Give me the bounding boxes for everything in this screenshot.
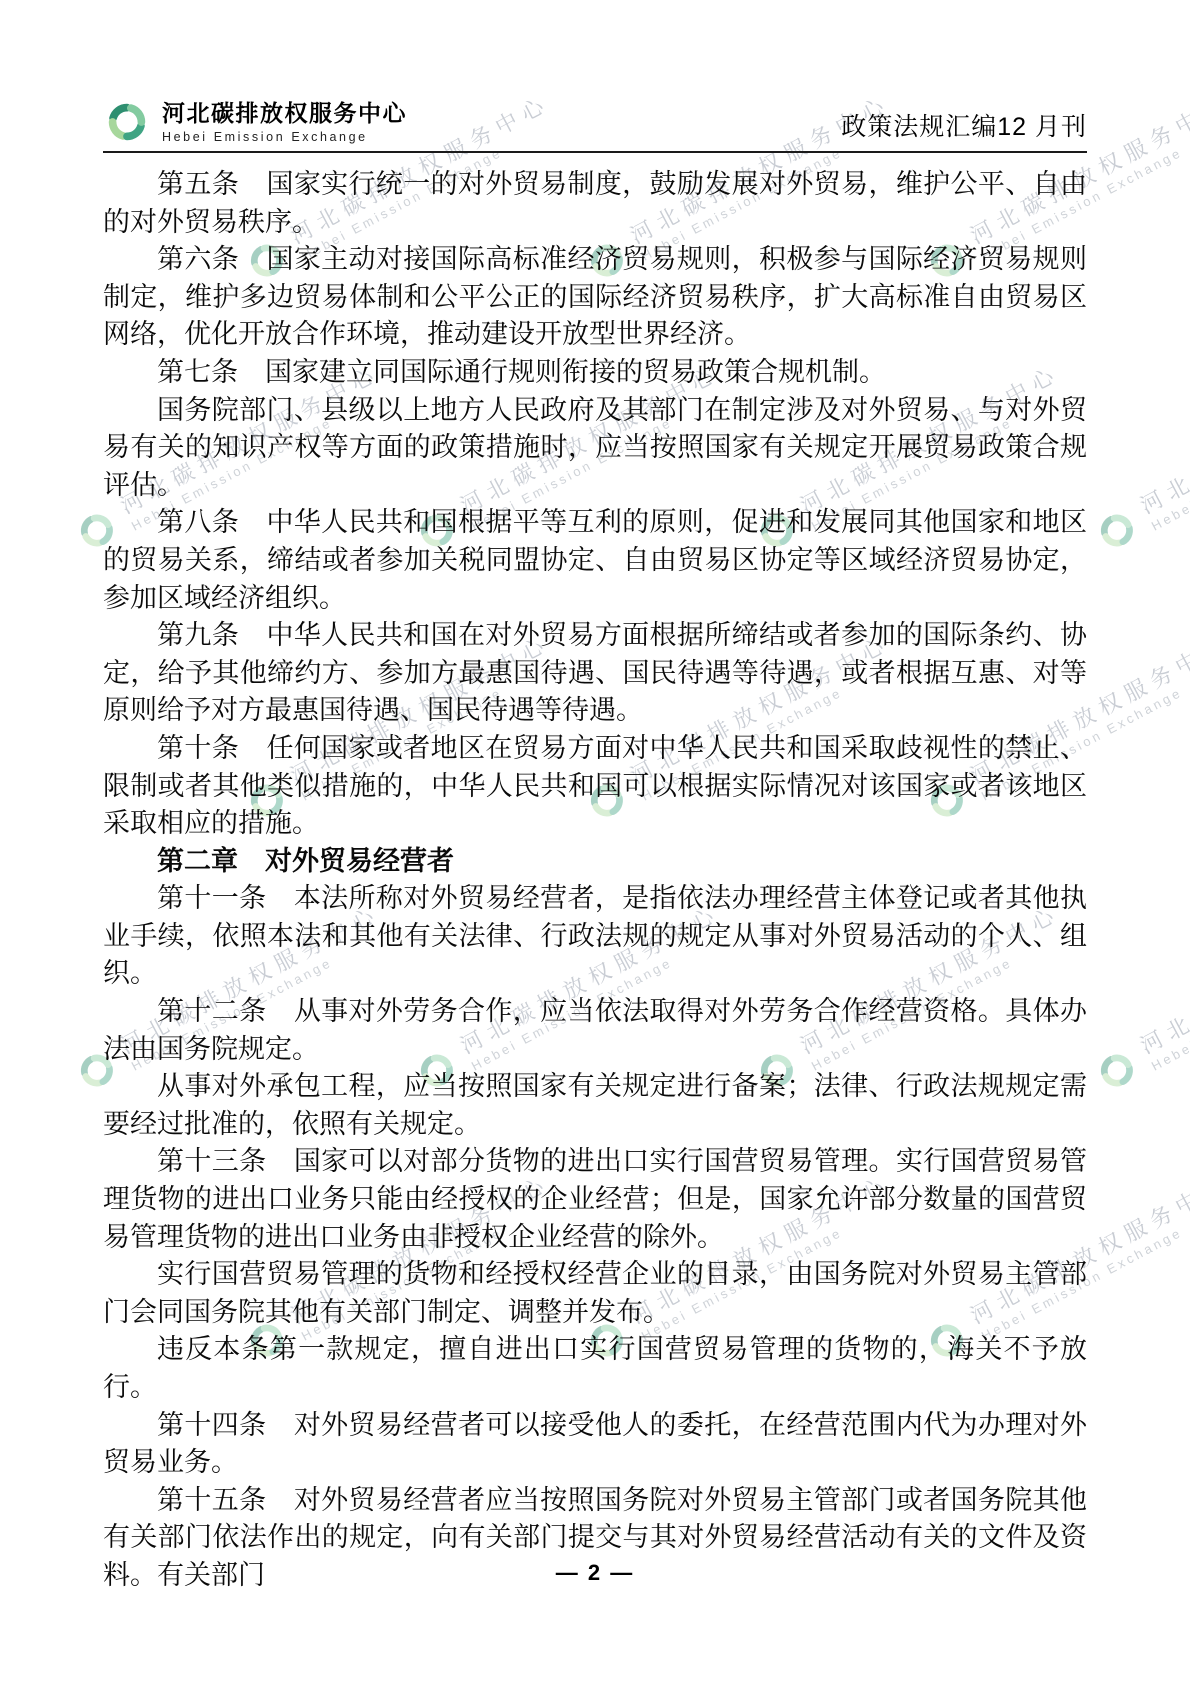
paragraph: 第六条 国家主动对接国际高标准经济贸易规则，积极参与国际经济贸易规则制定，维护多…	[103, 241, 1087, 354]
watermark-text-en: Hebei Emission Exchange	[1149, 924, 1190, 1073]
page-header: 河北碳排放权服务中心 Hebei Emission Exchange 政策法规汇…	[103, 84, 1087, 153]
watermark-logo-icon	[1088, 1042, 1145, 1099]
paragraph: 第五条 国家实行统一的对外贸易制度，鼓励发展对外贸易，维护公平、自由的对外贸易秩…	[103, 166, 1087, 241]
paragraph: 国务院部门、县级以上地方人民政府及其部门在制定涉及对外贸易、与对外贸易有关的知识…	[103, 392, 1087, 505]
chapter-heading: 第二章 对外贸易经营者	[103, 843, 1087, 881]
hebei-emission-exchange-logo-icon	[103, 98, 151, 146]
paragraph: 第十二条 从事对外劳务合作，应当依法取得对外劳务合作经营资格。具体办法由国务院规…	[103, 993, 1087, 1068]
paragraph: 第九条 中华人民共和国在对外贸易方面根据所缔结或者参加的国际条约、协定，给予其他…	[103, 617, 1087, 730]
watermark-logo-icon	[1088, 502, 1145, 559]
paragraph: 第十一条 本法所称对外贸易经营者，是指依法办理经营主体登记或者其他执业手续，依照…	[103, 880, 1087, 993]
paragraph: 从事对外承包工程，应当按照国家有关规定进行备案；法律、行政法规规定需要经过批准的…	[103, 1068, 1087, 1143]
paragraph: 违反本条第一款规定，擅自进出口实行国营贸易管理的货物的，海关不予放行。	[103, 1331, 1087, 1406]
issue-title: 政策法规汇编12 月刊	[841, 107, 1087, 146]
watermark-text-cn: 河北碳排放权服务中心	[1136, 359, 1190, 519]
paragraph: 第十条 任何国家或者地区在贸易方面对中华人民共和国采取歧视性的禁止、限制或者其他…	[103, 730, 1087, 843]
watermark: 河北碳排放权服务中心Hebei Emission Exchange	[1088, 899, 1190, 1098]
brand-name-cn: 河北碳排放权服务中心	[162, 100, 407, 126]
watermark-text: 河北碳排放权服务中心Hebei Emission Exchange	[1136, 899, 1190, 1073]
paragraph: 第十四条 对外贸易经营者可以接受他人的委托，在经营范围内代为办理对外贸易业务。	[103, 1407, 1087, 1482]
watermark-text-en: Hebei Emission Exchange	[1149, 384, 1190, 533]
paragraph: 实行国营贸易管理的货物和经授权经营企业的目录，由国务院对外贸易主管部门会同国务院…	[103, 1256, 1087, 1331]
page-number: — 2 —	[556, 1560, 634, 1585]
brand-text: 河北碳排放权服务中心 Hebei Emission Exchange	[162, 100, 407, 143]
watermark-text: 河北碳排放权服务中心Hebei Emission Exchange	[1136, 359, 1190, 533]
paragraph: 第八条 中华人民共和国根据平等互利的原则，促进和发展同其他国家和地区的贸易关系，…	[103, 504, 1087, 617]
hebei-emission-exchange-logo-icon	[103, 98, 151, 146]
watermark-text-cn: 河北碳排放权服务中心	[1136, 899, 1190, 1059]
paragraph: 第十三条 国家可以对部分货物的进出口实行国营贸易管理。实行国营贸易管理货物的进出…	[103, 1143, 1087, 1256]
page-footer: — 2 —	[0, 1560, 1190, 1586]
paragraph: 第七条 国家建立同国际通行规则衔接的贸易政策合规机制。	[103, 354, 1087, 392]
brand-name-en: Hebei Emission Exchange	[162, 130, 407, 144]
document-body: 第五条 国家实行统一的对外贸易制度，鼓励发展对外贸易，维护公平、自由的对外贸易秩…	[103, 166, 1087, 1595]
brand: 河北碳排放权服务中心 Hebei Emission Exchange	[103, 98, 407, 146]
watermark: 河北碳排放权服务中心Hebei Emission Exchange	[1088, 359, 1190, 558]
document-page: 河北碳排放权服务中心Hebei Emission Exchange河北碳排放权服…	[0, 0, 1190, 1683]
